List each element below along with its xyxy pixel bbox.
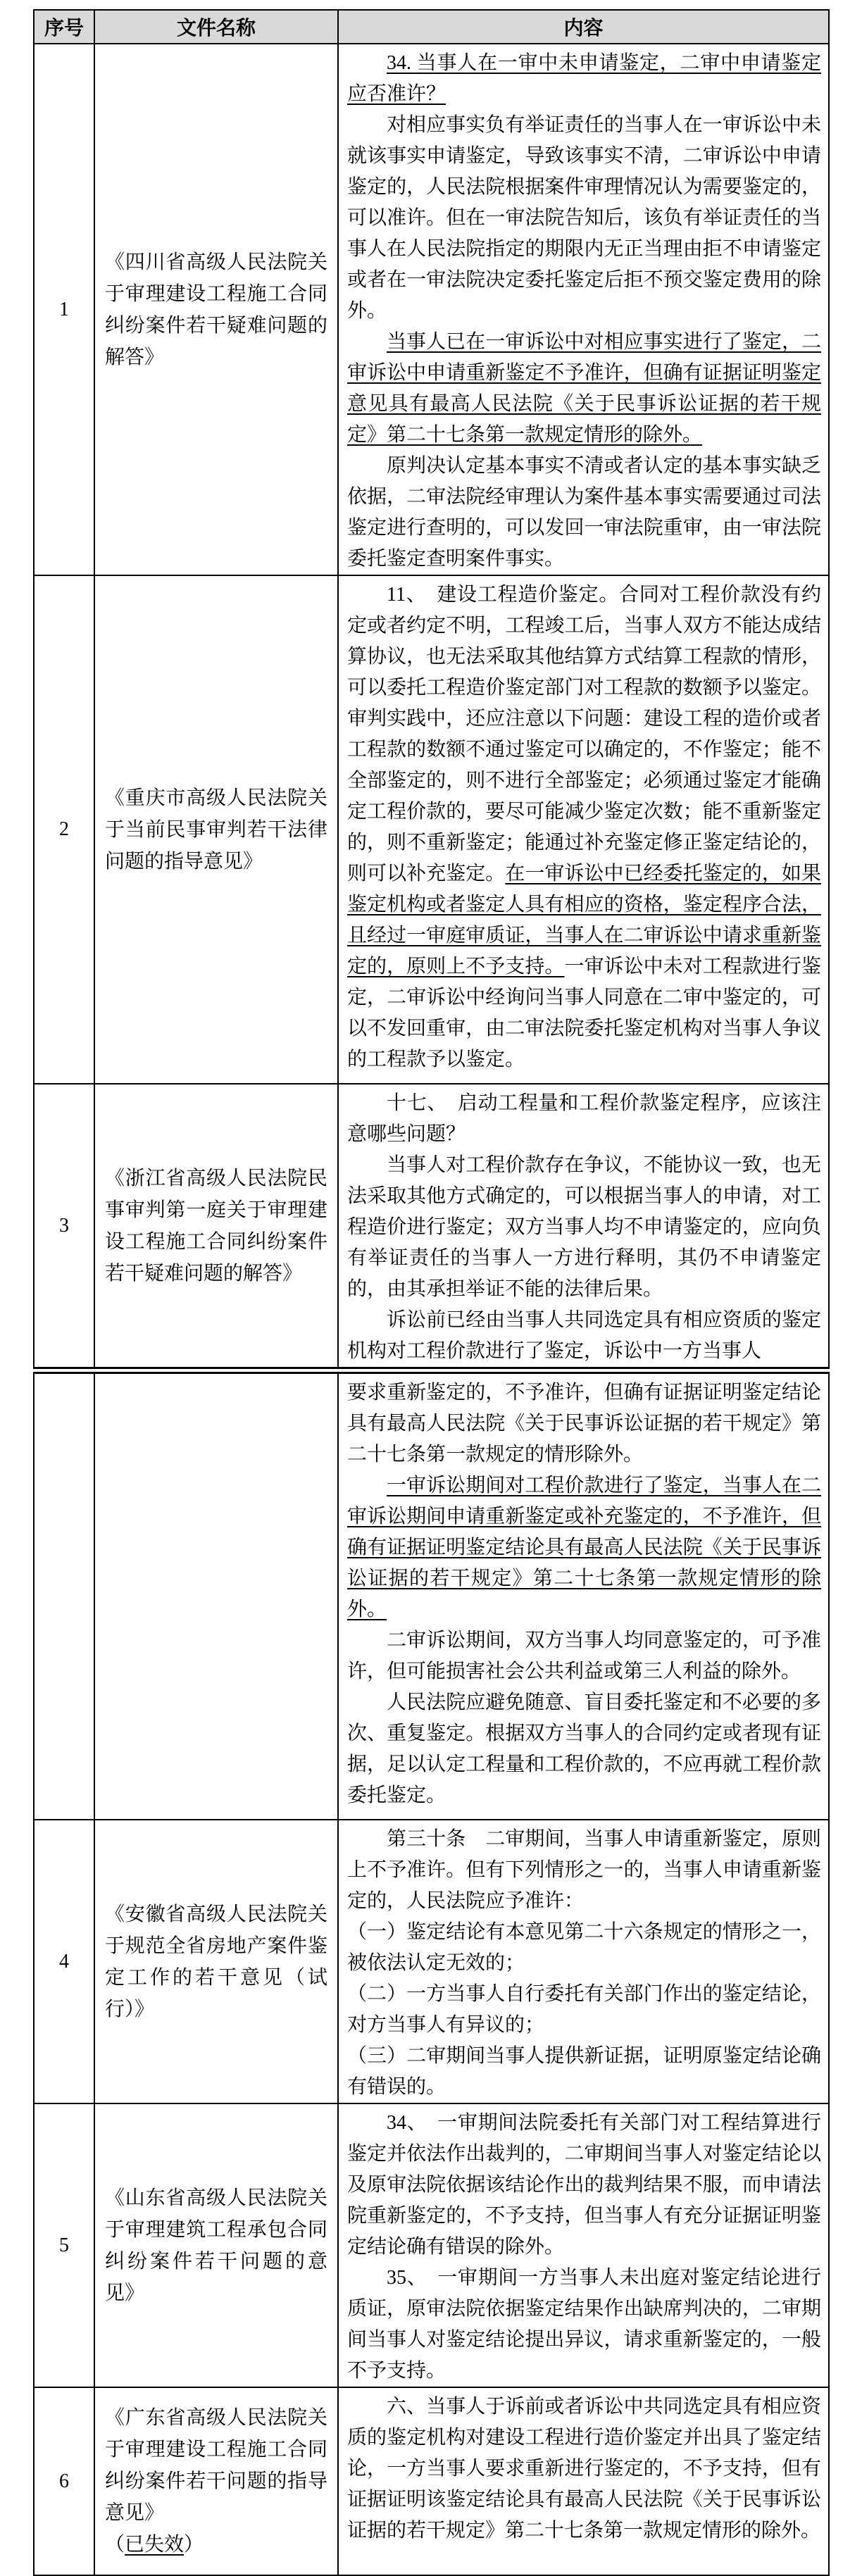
- content-cell: 要求重新鉴定的，不予准许，但确有证据证明鉴定结论具有最高人民法院《关于民事诉讼证…: [338, 1370, 829, 1820]
- text-segment: 《重庆市高级人民法院关于当前民事审判若干法律问题的指导意见》: [105, 787, 327, 873]
- table-row: 5《山东省高级人民法院关于审理建筑工程承包合同纠纷案件若干问题的意见》34、 一…: [34, 2103, 829, 2387]
- row-number: 3: [59, 1215, 69, 1237]
- text-segment: （三）二审期间当事人提供新证据，证明原鉴定结论确有错误的。: [347, 2045, 821, 2098]
- text-segment: 11、 建设工程造价鉴定。合同对工程价款没有约定或者约定不明，工程竣工后，当事人…: [347, 584, 821, 884]
- doc-title: 《四川省高级人民法院关于审理建设工程施工合同纠纷案件若干疑难问题的解答》: [105, 246, 327, 373]
- text-segment: 要求重新鉴定的，不予准许，但确有证据证明鉴定结论具有最高人民法院《关于民事诉讼证…: [347, 1382, 821, 1465]
- text-segment: ）: [184, 2534, 204, 2556]
- content-paragraph: 要求重新鉴定的，不予准许，但确有证据证明鉴定结论具有最高人民法院《关于民事诉讼证…: [347, 1377, 821, 1470]
- text-segment: 34、 一审期间法院委托有关部门对工程结算进行鉴定并依法作出裁判的，二审期间当事…: [347, 2112, 821, 2258]
- content-paragraph: 34. 当事人在一审中未申请鉴定，二审中申请鉴定应否准许？: [347, 48, 821, 110]
- doc-name-cell: 《四川省高级人民法院关于审理建设工程施工合同纠纷案件若干疑难问题的解答》: [94, 44, 338, 575]
- doc-name-cell: 《浙江省高级人民法院民事审判第一庭关于审理建设工程施工合同纠纷案件若干疑难问题的…: [94, 1084, 338, 1370]
- content-cell: 11、 建设工程造价鉴定。合同对工程价款没有约定或者约定不明，工程竣工后，当事人…: [338, 575, 829, 1084]
- content-paragraph: 一审诉讼期间对工程价款进行了鉴定，当事人在二审诉讼期间申请重新鉴定或补充鉴定的，…: [347, 1470, 821, 1625]
- underlined-text: 已失效: [125, 2534, 184, 2556]
- content-paragraph: 十七、 启动工程量和工程价款鉴定程序，应该注意哪些问题？: [347, 1088, 821, 1150]
- legal-documents-table: 序号 文件名称 内容 1《四川省高级人民法院关于审理建设工程施工合同纠纷案件若干…: [33, 9, 830, 2576]
- row-number: 6: [59, 2470, 69, 2492]
- content-paragraph: 六、当事人于诉前或者诉讼中共同选定具有相应资质的鉴定机构对建设工程进行造价鉴定并…: [347, 2391, 821, 2546]
- text-segment: 对相应事实负有举证责任的当事人在一审诉讼中未就该事实申请鉴定，导致该事实不清，二…: [347, 114, 821, 322]
- doc-title: 《浙江省高级人民法院民事审判第一庭关于审理建设工程施工合同纠纷案件若干疑难问题的…: [105, 1163, 327, 1289]
- content-paragraph: 当事人已在一审诉讼中对相应事实进行了鉴定，二审诉讼中申请重新鉴定不予准许，但确有…: [347, 327, 821, 451]
- row-number-cell: 1: [34, 44, 94, 575]
- text-segment: 人民法院应避免随意、盲目委托鉴定和不必要的多次、重复鉴定。根据双方当事人的合同约…: [347, 1692, 821, 1806]
- text-segment: 十七、 启动工程量和工程价款鉴定程序，应该注意哪些问题？: [347, 1092, 821, 1145]
- table-row: 3《浙江省高级人民法院民事审判第一庭关于审理建设工程施工合同纠纷案件若干疑难问题…: [34, 1084, 829, 1370]
- doc-title: 《安徽省高级人民法院关于规范全省房地产案件鉴定工作的若干意见（试行）》: [105, 1899, 327, 2025]
- row-number: 1: [59, 299, 69, 320]
- content-cell: 34、 一审期间法院委托有关部门对工程结算进行鉴定并依法作出裁判的，二审期间当事…: [338, 2103, 829, 2387]
- text-segment: 诉讼前已经由当事人共同选定具有相应资质的鉴定机构对工程价款进行了鉴定，诉讼中一方…: [347, 1309, 821, 1362]
- content-paragraph: （一）鉴定结论有本意见第二十六条规定的情形之一，被依法认定无效的；: [347, 1917, 821, 1979]
- row-number: 5: [59, 2234, 69, 2256]
- content-paragraph: 诉讼前已经由当事人共同选定具有相应资质的鉴定机构对工程价款进行了鉴定，诉讼中一方…: [347, 1305, 821, 1367]
- content-cell: 34. 当事人在一审中未申请鉴定，二审中申请鉴定应否准许？对相应事实负有举证责任…: [338, 44, 829, 575]
- text-segment: 《安徽省高级人民法院关于规范全省房地产案件鉴定工作的若干意见（试行）》: [105, 1903, 327, 2020]
- table-row: 2《重庆市高级人民法院关于当前民事审判若干法律问题的指导意见》11、 建设工程造…: [34, 575, 829, 1084]
- table-row: 6《广东省高级人民法院关于审理建设工程施工合同纠纷案件若干问题的指导意见》（已失…: [34, 2387, 829, 2575]
- row-number-cell: 6: [34, 2387, 94, 2575]
- doc-name-cell: 《安徽省高级人民法院关于规范全省房地产案件鉴定工作的若干意见（试行）》: [94, 1820, 338, 2103]
- row-number-cell: 3: [34, 1084, 94, 1370]
- doc-title: 《广东省高级人民法院关于审理建设工程施工合同纠纷案件若干问题的指导意见》（已失效…: [105, 2402, 327, 2561]
- table-row: 要求重新鉴定的，不予准许，但确有证据证明鉴定结论具有最高人民法院《关于民事诉讼证…: [34, 1370, 829, 1820]
- text-segment: （: [105, 2534, 125, 2556]
- doc-name-cell: 《重庆市高级人民法院关于当前民事审判若干法律问题的指导意见》: [94, 575, 338, 1084]
- document-page: 序号 文件名称 内容 1《四川省高级人民法院关于审理建设工程施工合同纠纷案件若干…: [0, 0, 862, 2576]
- table-row: 4《安徽省高级人民法院关于规范全省房地产案件鉴定工作的若干意见（试行）》第三十条…: [34, 1820, 829, 2103]
- table-body: 1《四川省高级人民法院关于审理建设工程施工合同纠纷案件若干疑难问题的解答》34.…: [34, 44, 829, 2575]
- text-segment: 《四川省高级人民法院关于审理建设工程施工合同纠纷案件若干疑难问题的解答》: [105, 251, 327, 368]
- row-number-cell: 5: [34, 2103, 94, 2387]
- underlined-text: 一审诉讼期间对工程价款进行了鉴定，当事人在二审诉讼期间申请重新鉴定或补充鉴定的，…: [347, 1475, 821, 1620]
- content-paragraph: 35、 一审期间一方当事人未出庭对鉴定结论进行质证，原审法院依据鉴定结果作出缺席…: [347, 2263, 821, 2387]
- content-paragraph: 人民法院应避免随意、盲目委托鉴定和不必要的多次、重复鉴定。根据双方当事人的合同约…: [347, 1687, 821, 1811]
- text-segment: 六、当事人于诉前或者诉讼中共同选定具有相应资质的鉴定机构对建设工程进行造价鉴定并…: [347, 2396, 821, 2541]
- content-paragraph: （三）二审期间当事人提供新证据，证明原鉴定结论确有错误的。: [347, 2041, 821, 2103]
- row-number: 4: [59, 1951, 69, 1972]
- content-paragraph: 第三十条 二审期间，当事人申请重新鉴定，原则上不予准许。但有下列情形之一的，当事…: [347, 1824, 821, 1917]
- table-header-row: 序号 文件名称 内容: [34, 10, 829, 44]
- text-segment: 35、 一审期间一方当事人未出庭对鉴定结论进行质证，原审法院依据鉴定结果作出缺席…: [347, 2267, 821, 2382]
- text-segment: 第三十条 二审期间，当事人申请重新鉴定，原则上不予准许。但有下列情形之一的，当事…: [347, 1828, 821, 1912]
- doc-name-cell: 《山东省高级人民法院关于审理建筑工程承包合同纠纷案件若干问题的意见》: [94, 2103, 338, 2387]
- text-segment: 二审诉讼期间，双方当事人均同意鉴定的，可予准许，但可能损害社会公共利益或第三人利…: [347, 1630, 821, 1682]
- content-cell: 六、当事人于诉前或者诉讼中共同选定具有相应资质的鉴定机构对建设工程进行造价鉴定并…: [338, 2387, 829, 2575]
- content-cell: 第三十条 二审期间，当事人申请重新鉴定，原则上不予准许。但有下列情形之一的，当事…: [338, 1820, 829, 2103]
- underlined-text: 当事人已在一审诉讼中对相应事实进行了鉴定，二审诉讼中申请重新鉴定不予准许，但确有…: [347, 331, 821, 446]
- text-segment: （一）鉴定结论有本意见第二十六条规定的情形之一，被依法认定无效的；: [347, 1921, 821, 1974]
- row-number-cell: 4: [34, 1820, 94, 2103]
- text-segment: 原判决认定基本事实不清或者认定的基本事实缺乏依据，二审法院经审理认为案件基本事实…: [347, 455, 821, 570]
- text-segment: 《山东省高级人民法院关于审理建筑工程承包合同纠纷案件若干问题的意见》: [105, 2187, 327, 2304]
- header-seq: 序号: [34, 10, 94, 44]
- underlined-text: 34. 当事人在一审中未申请鉴定，二审中申请鉴定应否准许？: [347, 52, 821, 105]
- content-paragraph: 二审诉讼期间，双方当事人均同意鉴定的，可予准许，但可能损害社会公共利益或第三人利…: [347, 1625, 821, 1687]
- content-paragraph: 原判决认定基本事实不清或者认定的基本事实缺乏依据，二审法院经审理认为案件基本事实…: [347, 451, 821, 575]
- content-paragraph: 当事人对工程价款存在争议，不能协议一致，也无法采取其他方式确定的，可以根据当事人…: [347, 1150, 821, 1305]
- content-cell: 十七、 启动工程量和工程价款鉴定程序，应该注意哪些问题？当事人对工程价款存在争议…: [338, 1084, 829, 1370]
- content-paragraph: 34、 一审期间法院委托有关部门对工程结算进行鉴定并依法作出裁判的，二审期间当事…: [347, 2108, 821, 2263]
- table-row: 1《四川省高级人民法院关于审理建设工程施工合同纠纷案件若干疑难问题的解答》34.…: [34, 44, 829, 575]
- row-number: 2: [59, 818, 69, 840]
- header-content: 内容: [338, 10, 829, 44]
- row-number-cell: 2: [34, 575, 94, 1084]
- doc-title: 《重庆市高级人民法院关于当前民事审判若干法律问题的指导意见》: [105, 782, 327, 877]
- row-number-cell: [34, 1370, 94, 1820]
- content-paragraph: 对相应事实负有举证责任的当事人在一审诉讼中未就该事实申请鉴定，导致该事实不清，二…: [347, 110, 821, 327]
- content-paragraph: （二）一方当事人自行委托有关部门作出的鉴定结论，对方当事人有异议的；: [347, 1979, 821, 2041]
- content-paragraph: 11、 建设工程造价鉴定。合同对工程价款没有约定或者约定不明，工程竣工后，当事人…: [347, 580, 821, 1075]
- text-segment: （二）一方当事人自行委托有关部门作出的鉴定结论，对方当事人有异议的；: [347, 1983, 821, 2036]
- text-segment: 《浙江省高级人民法院民事审判第一庭关于审理建设工程施工合同纠纷案件若干疑难问题的…: [105, 1168, 327, 1284]
- text-segment: 《广东省高级人民法院关于审理建设工程施工合同纠纷案件若干问题的指导意见》: [105, 2407, 327, 2524]
- header-doc-name: 文件名称: [94, 10, 338, 44]
- doc-title: 《山东省高级人民法院关于审理建筑工程承包合同纠纷案件若干问题的意见》: [105, 2182, 327, 2309]
- text-segment: 当事人对工程价款存在争议，不能协议一致，也无法采取其他方式确定的，可以根据当事人…: [347, 1154, 821, 1300]
- doc-name-cell: 《广东省高级人民法院关于审理建设工程施工合同纠纷案件若干问题的指导意见》（已失效…: [94, 2387, 338, 2575]
- doc-name-cell: [94, 1370, 338, 1820]
